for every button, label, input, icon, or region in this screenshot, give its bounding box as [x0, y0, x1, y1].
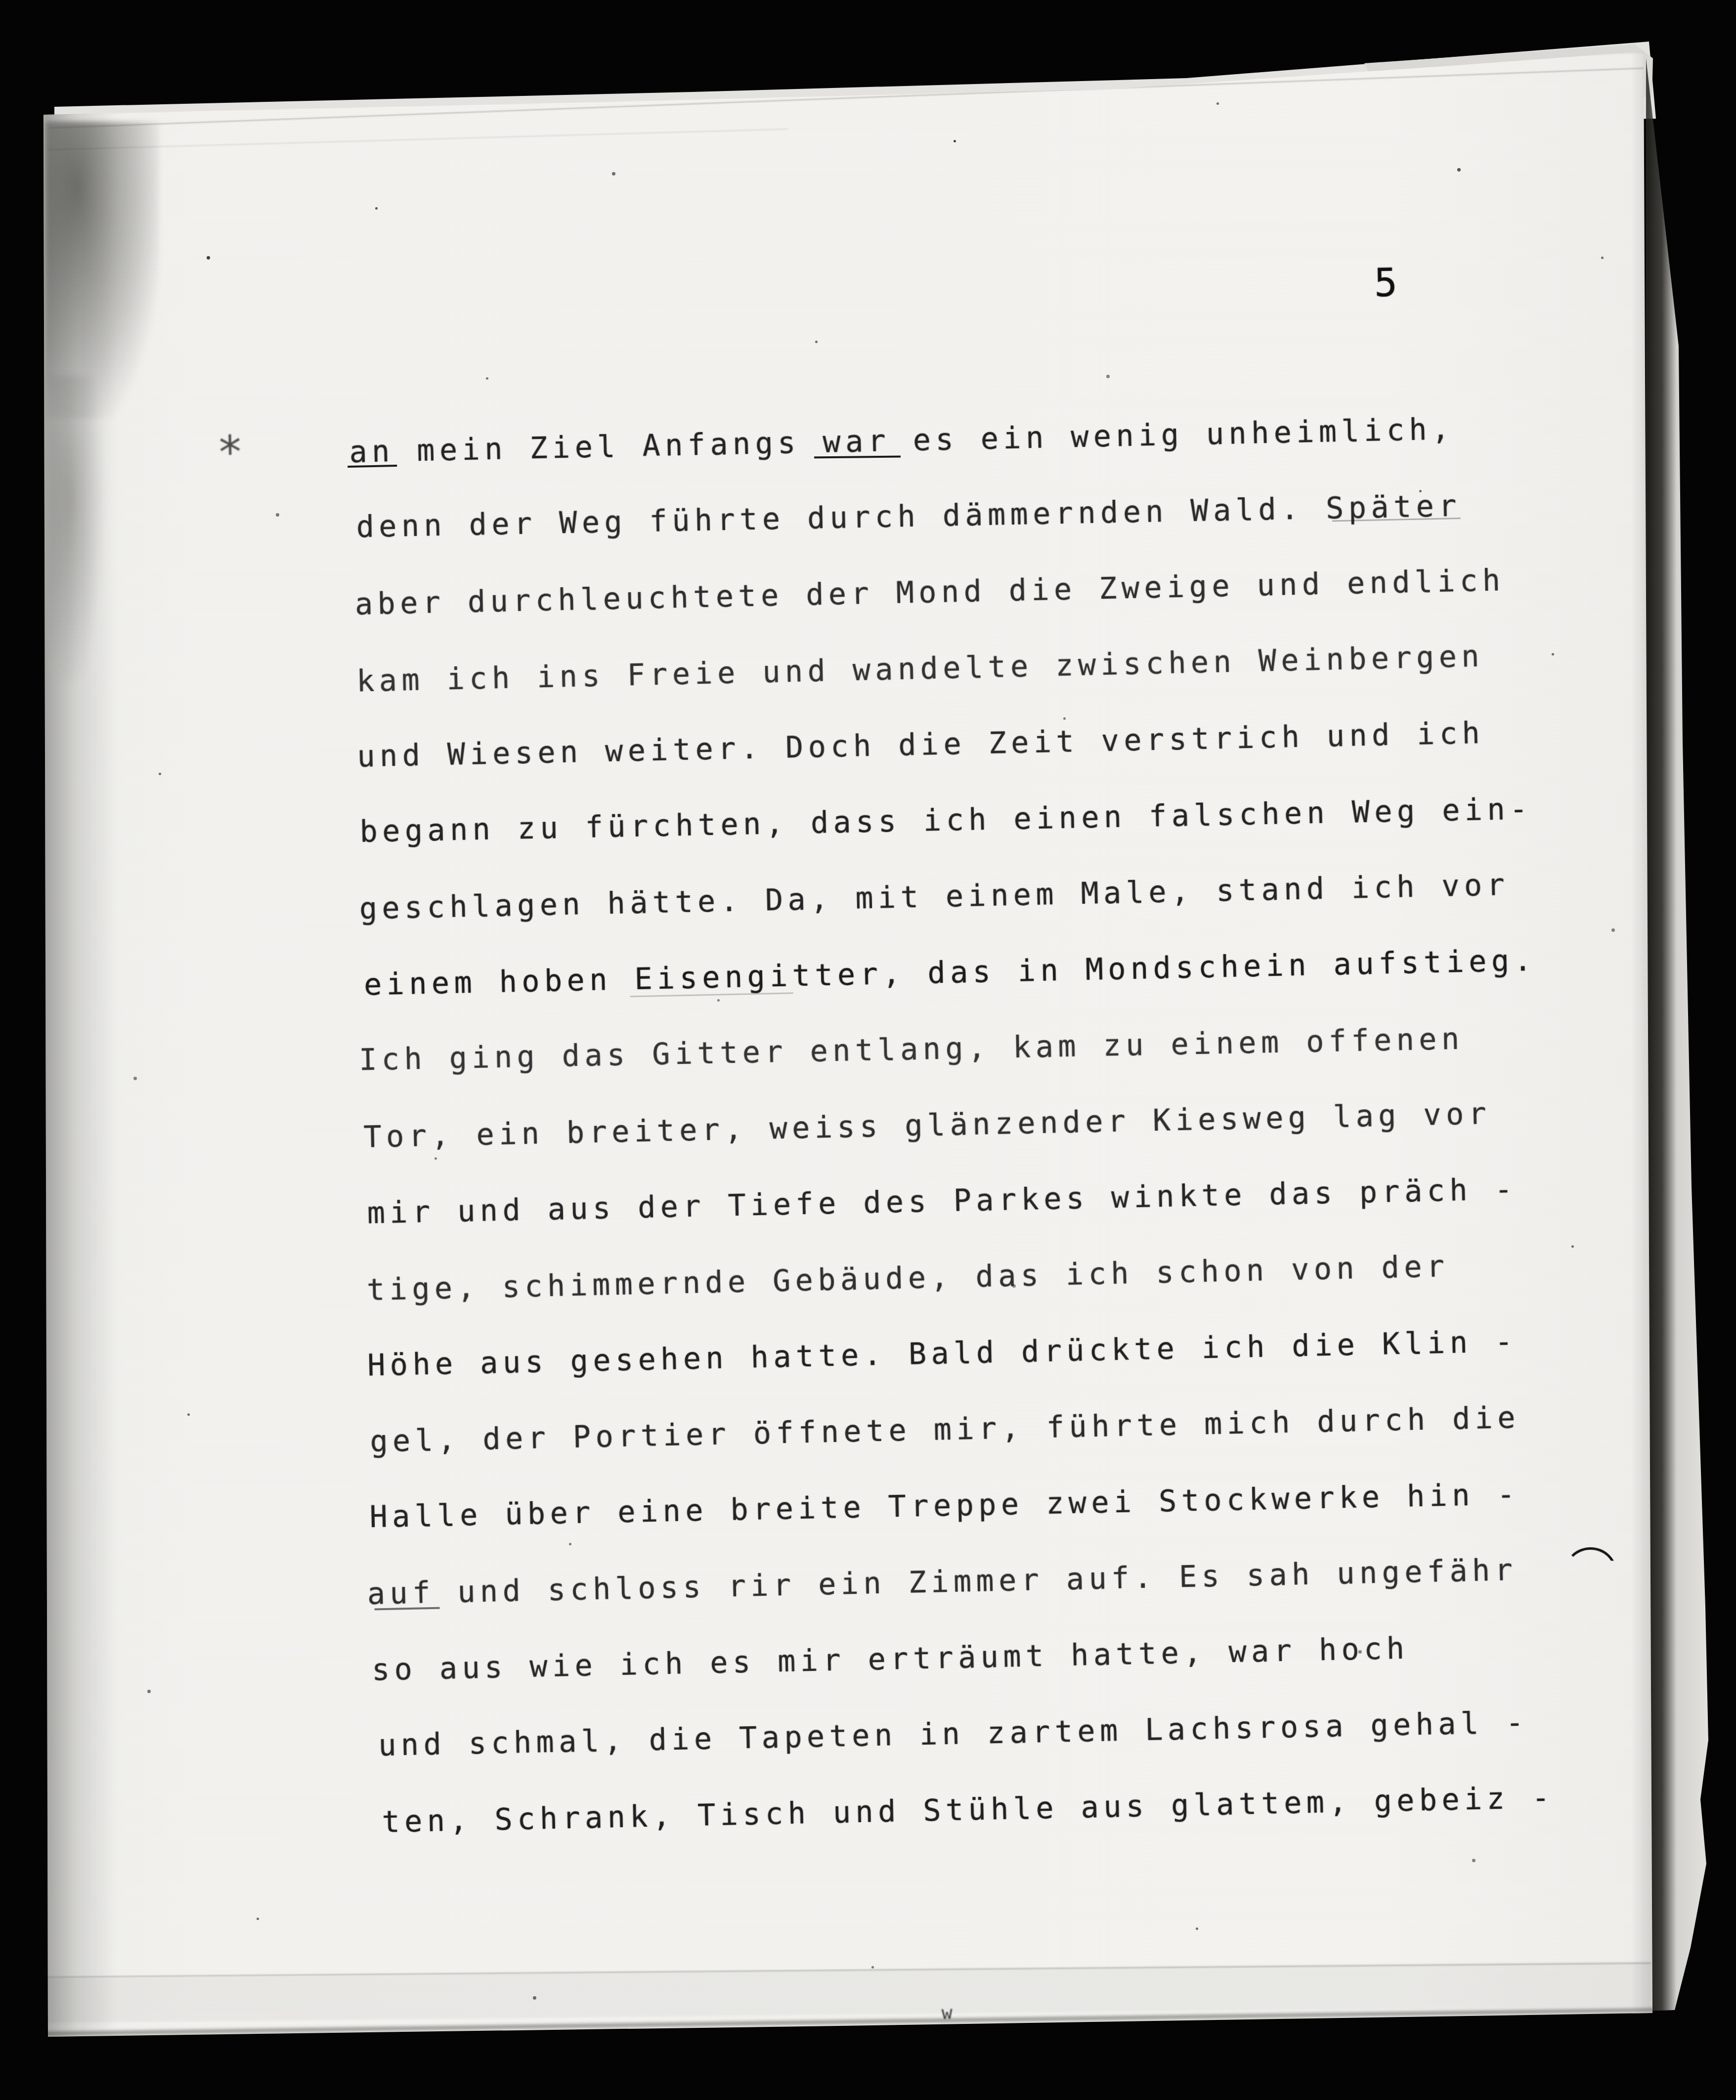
scanned-document-view: 5 * an mein Ziel Anfangs war es ein weni…	[0, 0, 1736, 2100]
text-lines: an mein Ziel Anfangs war es ein wenig un…	[348, 388, 1664, 1861]
sheet-edge-line	[49, 68, 1645, 129]
page-number: 5	[1374, 261, 1398, 306]
left-edge-smudge	[45, 122, 159, 418]
left-edge-smudge-lower	[48, 376, 103, 682]
dust-speckles	[0, 0, 1, 1]
manuscript-page: 5 * an mein Ziel Anfangs war es ein weni…	[0, 0, 1736, 2100]
ink-mark-asterisk: *	[216, 426, 244, 479]
typewritten-text-block: 5 * an mein Ziel Anfangs war es ein weni…	[348, 388, 1665, 1947]
